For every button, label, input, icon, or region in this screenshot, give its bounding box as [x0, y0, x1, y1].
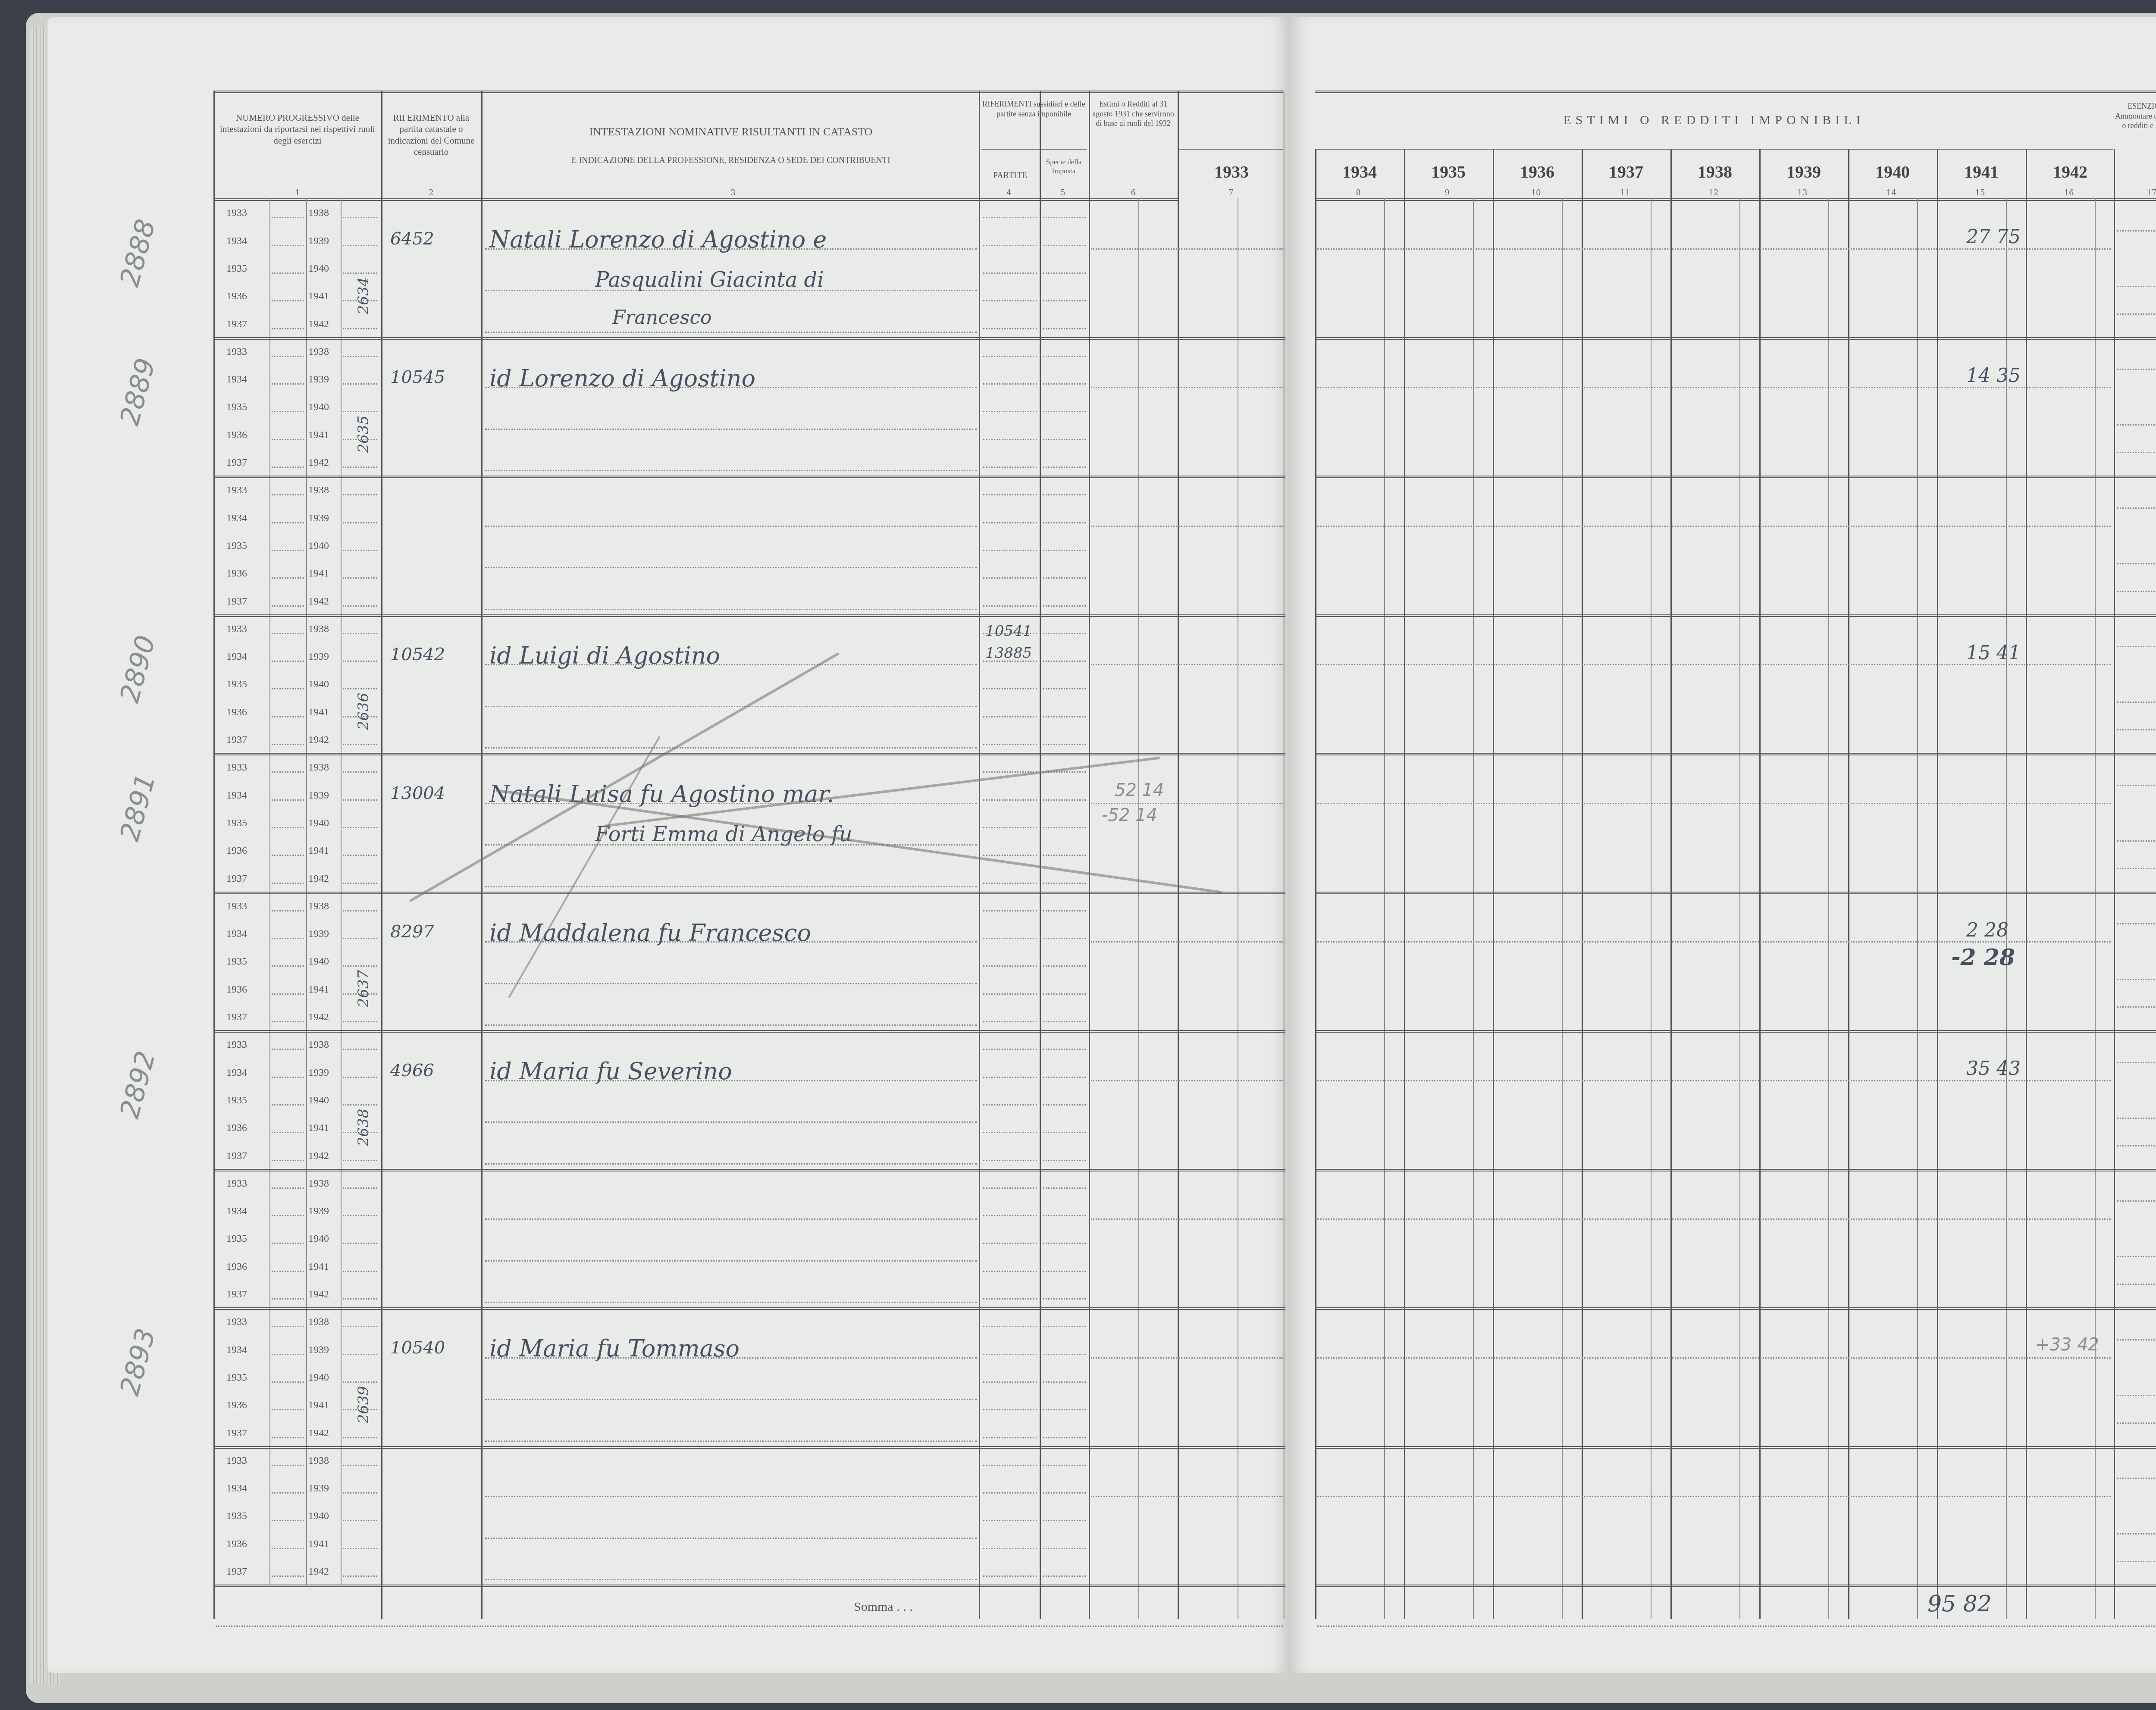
row-year-right: 1939: [308, 1344, 329, 1356]
partite-dotted: [983, 1326, 1037, 1327]
row-year-right: 1939: [308, 790, 329, 802]
estimo-1931-value: 52 14: [1115, 780, 1164, 800]
partite-dotted: [983, 1492, 1037, 1494]
row-year-right: 1940: [308, 1095, 329, 1106]
row-dotted: [272, 1271, 304, 1272]
specie-dotted: [1043, 272, 1086, 274]
row-year-left: 1933: [226, 762, 247, 774]
partite-dotted: [983, 300, 1037, 301]
partite-dotted: [983, 1187, 1037, 1189]
row-dotted: [343, 522, 377, 523]
partite-dotted: [983, 1049, 1037, 1050]
partite-dotted: [983, 716, 1037, 717]
row-year-right: 1939: [308, 513, 329, 524]
partite-dotted: [983, 1409, 1037, 1410]
row-dotted: [272, 1132, 304, 1133]
row-dotted: [343, 1104, 377, 1106]
specie-dotted: [1043, 550, 1086, 551]
row-dotted: [272, 1465, 304, 1466]
header-bottom-rule: [213, 198, 1178, 201]
row-year-left: 1937: [226, 457, 247, 469]
row-year-right: 1939: [308, 235, 329, 247]
row-dotted: [272, 245, 304, 246]
specie-dotted: [1043, 661, 1086, 662]
row-year-right: 1939: [308, 1483, 329, 1494]
partite-dotted: [983, 744, 1037, 745]
row-year-left: 1937: [226, 319, 247, 330]
row-year-left: 1936: [226, 707, 247, 718]
row-dotted: [343, 1243, 377, 1244]
row-dotted: [343, 494, 377, 495]
name-dotted-line: [485, 567, 977, 568]
specie-dotted: [1043, 1243, 1086, 1244]
specie-dotted: [1043, 1492, 1086, 1494]
esenzioni-dotted: [2117, 507, 2156, 509]
esenzioni-dotted: [2117, 702, 2156, 703]
cents-line: [1739, 198, 1740, 1619]
partite-dotted: [983, 993, 1037, 995]
row-dotted: [343, 1437, 377, 1438]
column-line: [1670, 149, 1672, 1619]
entry-divider: [213, 1446, 1285, 1449]
value-dotted-line-right: [1317, 1357, 2111, 1359]
specie-dotted: [1043, 1298, 1086, 1300]
value-1941: 2 28: [1966, 919, 2009, 941]
name-dotted-line: [485, 1399, 977, 1400]
name-dotted-line: [485, 1496, 977, 1497]
value-dotted-line-right: [1317, 248, 2111, 250]
esenzioni-dotted: [2117, 563, 2156, 564]
column-number: 7: [1222, 188, 1240, 197]
specie-dotted: [1043, 965, 1086, 967]
row-dotted: [343, 965, 377, 967]
row-dotted: [343, 383, 377, 385]
catasto-reference: 2637: [355, 970, 372, 1008]
row-dotted: [343, 1465, 377, 1466]
name-dotted-line: [485, 1441, 977, 1442]
value-dotted-line: [1091, 1357, 1283, 1359]
entry-divider-right: [1315, 753, 2156, 755]
column-line: [1759, 149, 1761, 1619]
year-header-1940: 1940: [1848, 162, 1937, 182]
row-dotted: [343, 1354, 377, 1355]
partite-dotted: [983, 1548, 1037, 1549]
row-year-right: 1942: [308, 596, 329, 608]
row-dotted: [272, 855, 304, 856]
esenzioni-dotted: [2117, 1339, 2156, 1340]
entry-divider-right: [1315, 337, 2156, 340]
entry-divider: [213, 1307, 1285, 1310]
header-riferimento: RIFERIMENTO alla partita catastale o ind…: [384, 112, 479, 157]
partite-dotted: [983, 439, 1037, 440]
value-dotted-line: [1091, 941, 1283, 943]
row-dotted: [272, 467, 304, 468]
row-year-left: 1933: [226, 1455, 247, 1467]
partite-dotted: [983, 1354, 1037, 1355]
row-dotted: [343, 827, 377, 828]
row-year-right: 1938: [308, 623, 329, 635]
row-year-left: 1933: [226, 1316, 247, 1328]
partite-dotted: [983, 272, 1037, 274]
row-dotted: [272, 1104, 304, 1106]
row-year-right: 1938: [308, 901, 329, 912]
specie-dotted: [1043, 467, 1086, 468]
row-year-left: 1934: [226, 928, 247, 940]
partite-dotted: [983, 1160, 1037, 1161]
partite-dotted: [983, 245, 1037, 246]
row-dotted: [272, 1409, 304, 1410]
partite-dotted: [983, 550, 1037, 551]
column-line: [979, 91, 980, 1619]
esenzioni-dotted: [2117, 424, 2156, 426]
name-dotted-line: [485, 1260, 977, 1262]
esenzioni-dotted: [2117, 591, 2156, 592]
value-dotted-line-right: [1317, 387, 2111, 388]
partita-number: 10540: [390, 1338, 445, 1358]
partita-number: 10542: [390, 645, 445, 664]
row-dotted: [343, 411, 377, 412]
name-dotted-line: [485, 1579, 977, 1580]
row-dotted: [343, 910, 377, 911]
column-number: 6: [1125, 188, 1142, 197]
partite-dotted: [983, 1132, 1037, 1133]
value-1941: 35 43: [1966, 1058, 2021, 1080]
partite-dotted: [983, 328, 1037, 329]
header-intestazioni: INTESTAZIONI NOMINATIVE RISULTANTI IN CA…: [487, 125, 975, 139]
row-year-left: 1936: [226, 1122, 247, 1134]
esenzioni-dotted: [2117, 1478, 2156, 1479]
header-bottom-rule-right: [1315, 198, 2156, 201]
row-year-right: 1941: [308, 291, 329, 302]
taxpayer-name-line3: Francesco: [612, 307, 712, 329]
esenzioni-dotted: [2117, 785, 2156, 786]
value-dotted-line: [1091, 1080, 1283, 1081]
column-line: [1089, 91, 1090, 1619]
partite-dotted: [983, 799, 1037, 801]
partite-dotted: [983, 1298, 1037, 1300]
specie-dotted: [1043, 993, 1086, 995]
subheader-rule-1933: [1178, 149, 1285, 150]
name-dotted-line: [485, 429, 977, 430]
partita-number: 8297: [390, 922, 434, 942]
row-dotted: [272, 356, 304, 357]
esenzioni-dotted: [2117, 1006, 2156, 1008]
specie-dotted: [1043, 633, 1086, 634]
esenzioni-dotted: [2117, 1200, 2156, 1202]
row-year-left: 1937: [226, 1289, 247, 1300]
row-dotted: [272, 1243, 304, 1244]
specie-dotted: [1043, 1465, 1086, 1466]
partita-number: 6452: [390, 229, 434, 249]
row-dotted: [343, 688, 377, 689]
specie-dotted: [1043, 217, 1086, 218]
row-dotted: [272, 1548, 304, 1549]
specie-dotted: [1043, 855, 1086, 856]
row-dotted: [272, 1049, 304, 1050]
row-year-right: 1940: [308, 817, 329, 829]
row-year-left: 1937: [226, 873, 247, 885]
taxpayer-name: id Maddalena fu Francesco: [489, 919, 811, 946]
cents-line: [1238, 198, 1238, 1619]
esenzioni-dotted: [2117, 313, 2156, 315]
specie-dotted: [1043, 356, 1086, 357]
name-dotted-line: [485, 1163, 977, 1165]
esenzioni-dotted: [2117, 646, 2156, 647]
esenzioni-dotted: [2117, 979, 2156, 980]
row-dotted: [272, 910, 304, 911]
column-line: [2114, 149, 2115, 1619]
value-dotted-line-right: [1317, 1218, 2111, 1220]
esenzioni-dotted: [2117, 868, 2156, 869]
column-line: [1937, 149, 1938, 1619]
partite-dotted: [983, 1271, 1037, 1272]
name-dotted-line: [485, 747, 977, 749]
row-year-left: 1937: [226, 734, 247, 746]
row-year-right: 1942: [308, 457, 329, 469]
specie-dotted: [1043, 439, 1086, 440]
row-year-right: 1940: [308, 679, 329, 690]
partite-dotted: [983, 1520, 1037, 1521]
row-year-left: 1935: [226, 263, 247, 275]
column-number: 1: [289, 188, 306, 197]
row-dotted: [272, 1021, 304, 1022]
row-dotted: [343, 245, 377, 246]
entry-divider-right: [1315, 476, 2156, 478]
value-dotted-line: [1091, 387, 1283, 388]
specie-dotted: [1043, 744, 1086, 745]
row-dotted: [272, 771, 304, 773]
row-dotted: [343, 356, 377, 357]
partite-dotted: [983, 688, 1037, 689]
column-number: 15: [1971, 188, 1989, 197]
value-dotted-line: [1091, 248, 1283, 250]
name-dotted-line: [485, 470, 977, 471]
partite-dotted: [983, 522, 1037, 523]
row-year-right: 1941: [308, 1400, 329, 1411]
row-year-right: 1938: [308, 1316, 329, 1328]
name-dotted-line: [485, 1121, 977, 1123]
row-year-left: 1933: [226, 901, 247, 912]
row-year-right: 1942: [308, 1150, 329, 1162]
subheader-rule: [981, 149, 1087, 150]
entry-divider-right: [1315, 892, 2156, 894]
row-year-left: 1934: [226, 1483, 247, 1494]
row-year-left: 1933: [226, 1039, 247, 1051]
row-year-left: 1936: [226, 1400, 247, 1411]
row-dotted: [343, 577, 377, 579]
entry-divider-right: [1315, 614, 2156, 617]
esenzioni-dotted: [2117, 230, 2156, 232]
partite-dotted: [983, 383, 1037, 385]
value-dotted-line: [1091, 803, 1283, 804]
esenzioni-dotted: [2117, 840, 2156, 842]
column-number: 11: [1616, 188, 1633, 197]
taxpayer-name: id Lorenzo di Agostino: [489, 365, 755, 392]
cents-line: [1917, 198, 1918, 1619]
row-dotted: [272, 494, 304, 495]
partite-dotted: [983, 577, 1037, 579]
row-dotted: [343, 1271, 377, 1272]
row-dotted: [272, 799, 304, 801]
specie-dotted: [1043, 1354, 1086, 1355]
partite-dotted: [983, 356, 1037, 357]
row-dotted: [343, 1381, 377, 1383]
row-year-right: 1940: [308, 401, 329, 413]
row-dotted: [272, 1492, 304, 1494]
specie-dotted: [1043, 1271, 1086, 1272]
specie-dotted: [1043, 799, 1086, 801]
partite-dotted: [983, 827, 1037, 828]
row-year-left: 1934: [226, 651, 247, 663]
row-year-left: 1935: [226, 1095, 247, 1106]
specie-dotted: [1043, 1187, 1086, 1189]
bottom-rule: [213, 1585, 1285, 1587]
total-1941-value: 95 82: [1927, 1591, 1992, 1617]
row-dotted: [343, 771, 377, 773]
row-year-left: 1933: [226, 623, 247, 635]
partite-dotted: [983, 1243, 1037, 1244]
row-dotted: [272, 300, 304, 301]
gutter: [1283, 91, 1285, 1619]
row-year-left: 1935: [226, 1372, 247, 1384]
row-year-right: 1942: [308, 1566, 329, 1578]
row-dotted: [272, 522, 304, 523]
specie-dotted: [1043, 245, 1086, 246]
row-year-left: 1934: [226, 374, 247, 385]
entry-divider: [213, 614, 1285, 617]
value-dotted-line-right: [1317, 1496, 2111, 1497]
column-number: 4: [1000, 188, 1018, 197]
row-year-right: 1938: [308, 1455, 329, 1467]
specie-dotted: [1043, 411, 1086, 412]
row-year-left: 1934: [226, 1344, 247, 1356]
row-dotted: [343, 272, 377, 274]
specie-dotted: [1043, 938, 1086, 939]
name-dotted-line: [485, 1302, 977, 1303]
row-year-right: 1939: [308, 1067, 329, 1079]
row-year-left: 1934: [226, 1206, 247, 1217]
specie-dotted: [1043, 1437, 1086, 1438]
value-1941: 15 41: [1966, 642, 2021, 664]
row-year-right: 1938: [308, 485, 329, 496]
specie-dotted: [1043, 300, 1086, 301]
entry-divider: [213, 337, 1285, 340]
row-dotted: [343, 799, 377, 801]
catasto-reference: 2639: [355, 1386, 372, 1423]
year-header-1934: 1934: [1315, 162, 1404, 182]
year-header-1938: 1938: [1670, 162, 1759, 182]
row-year-right: 1938: [308, 762, 329, 774]
row-year-right: 1938: [308, 346, 329, 358]
column-number: 17: [2143, 188, 2156, 197]
value-dotted-line: [1091, 1218, 1283, 1220]
row-dotted: [272, 577, 304, 579]
cents-line: [1562, 198, 1563, 1619]
value-1941: 27 75: [1966, 226, 2021, 248]
row-dotted: [272, 272, 304, 274]
esenzioni-dotted: [2117, 1256, 2156, 1257]
partite-dotted: [983, 411, 1037, 412]
row-dotted: [272, 1354, 304, 1355]
value-dotted-line-right: [1317, 941, 2111, 943]
subheader-rule-years: [1315, 149, 2113, 150]
column-number: 2: [423, 188, 440, 197]
row-year-right: 1942: [308, 1289, 329, 1300]
row-dotted: [343, 217, 377, 218]
row-year-right: 1941: [308, 429, 329, 441]
total-label: Somma . . .: [854, 1600, 913, 1614]
row-dotted: [272, 411, 304, 412]
specie-dotted: [1043, 688, 1086, 689]
taxpayer-name: id Luigi di Agostino: [489, 642, 720, 669]
partite-ref: 10541: [985, 623, 1032, 640]
specie-dotted: [1043, 383, 1086, 385]
esenzioni-dotted: [2117, 452, 2156, 453]
row-dotted: [272, 827, 304, 828]
row-year-right: 1939: [308, 651, 329, 663]
partita-number: 4966: [390, 1061, 434, 1080]
year-header-1941: 1941: [1937, 162, 2026, 182]
partite-dotted: [983, 965, 1037, 967]
row-dotted: [343, 633, 377, 634]
row-dotted: [272, 1215, 304, 1216]
row-dotted: [272, 383, 304, 385]
row-dotted: [343, 1575, 377, 1577]
estimo-1931-reversal: -52 14: [1102, 805, 1157, 825]
row-year-right: 1940: [308, 1372, 329, 1384]
row-dotted: [343, 1548, 377, 1549]
partite-dotted: [983, 1215, 1037, 1216]
column-line: [1178, 91, 1179, 1619]
row-year-right: 1942: [308, 319, 329, 330]
row-year-left: 1936: [226, 1538, 247, 1550]
row-year-left: 1937: [226, 1150, 247, 1162]
column-line: [381, 91, 382, 1619]
entry-divider: [213, 753, 1285, 755]
specie-dotted: [1043, 1160, 1086, 1161]
row-year-left: 1936: [226, 984, 247, 996]
year-header-1935: 1935: [1404, 162, 1493, 182]
row-dotted: [272, 1326, 304, 1327]
entry-divider: [213, 1030, 1285, 1033]
row-dotted: [272, 217, 304, 218]
entry-divider-right: [1315, 1446, 2156, 1449]
partite-dotted: [983, 217, 1037, 218]
column-number: 8: [1350, 188, 1367, 197]
row-year-right: 1939: [308, 374, 329, 385]
row-year-left: 1937: [226, 1428, 247, 1439]
specie-dotted: [1043, 1132, 1086, 1133]
row-dotted: [343, 1326, 377, 1327]
row-year-right: 1942: [308, 734, 329, 746]
specie-dotted: [1043, 716, 1086, 717]
column-line: [1315, 149, 1316, 1619]
partita-number: 10545: [390, 367, 445, 387]
column-number: 13: [1794, 188, 1811, 197]
top-rule: [213, 91, 1283, 93]
name-dotted-line: [485, 706, 977, 707]
partite-dotted: [983, 1021, 1037, 1022]
row-year-right: 1939: [308, 928, 329, 940]
row-year-left: 1936: [226, 429, 247, 441]
row-dotted: [272, 605, 304, 607]
column-line: [213, 91, 215, 1619]
row-year-right: 1940: [308, 540, 329, 552]
bottom-rule-right: [1315, 1585, 2156, 1587]
row-year-right: 1941: [308, 845, 329, 857]
row-dotted: [343, 467, 377, 468]
row-year-left: 1936: [226, 568, 247, 579]
